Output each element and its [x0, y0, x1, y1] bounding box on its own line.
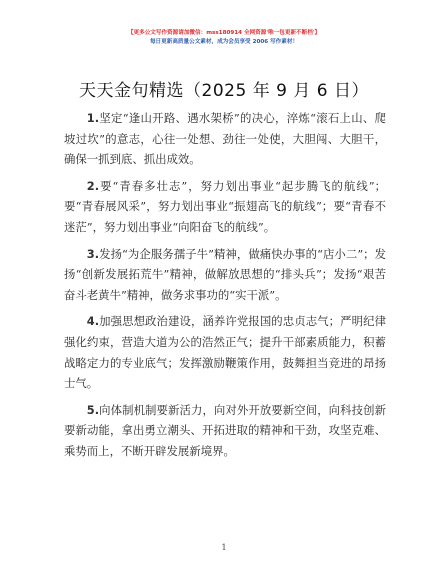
paragraph-5: 5.向体制机制要新活力，向对外开放要新空间，向科技创新要新动能，拿出勇立潮头、开… [64, 400, 386, 462]
paragraph-number: 5. [87, 403, 99, 417]
promo-line-wechat: 【更多公文写作资源请加微信：mss180914 全网资源'唯一包更新不断档'】 [0, 29, 448, 38]
paragraph-3: 3.发扬“为企服务孺子牛”精神，做痛快办事的“店小二”；发扬“创新发展拓荒牛”精… [64, 244, 386, 306]
paragraph-number: 2. [87, 179, 99, 193]
paragraph-text: 加强思想政治建设，涵养许党报国的忠贞志气；严明纪律强化约束，营造大道为公的浩然正… [64, 314, 386, 390]
paragraph-text: 发扬“为企服务孺子牛”精神，做痛快办事的“店小二”；发扬“创新发展拓荒牛”精神，… [64, 247, 386, 302]
paragraph-1: 1.坚定“逢山开路、遇水架桥”的决心，淬炼“滚石上山、爬坡过坎”的意志，心往一处… [64, 108, 386, 170]
paragraph-2: 2.要“青春多壮志”，努力划出事业“起步腾飞的航线”；要“青春展风采”，努力划出… [64, 176, 386, 238]
paragraph-text: 要“青春多壮志”，努力划出事业“起步腾飞的航线”；要“青春展风采”，努力划出事业… [64, 179, 386, 234]
paragraph-number: 4. [87, 314, 99, 328]
paragraph-text: 向体制机制要新活力，向对外开放要新空间，向科技创新要新动能，拿出勇立潮头、开拓进… [64, 403, 386, 458]
paragraph-4: 4.加强思想政治建设，涵养许党报国的忠贞志气；严明纪律强化约束，营造大道为公的浩… [64, 311, 386, 393]
promo-line-membership: 每日更新高质量公文素材，成为会员享受 2006 写作素材！ [0, 38, 448, 47]
page-number: 1 [0, 543, 448, 552]
promo-header: 【更多公文写作资源请加微信：mss180914 全网资源'唯一包更新不断档'】 … [0, 29, 448, 47]
paragraph-number: 1. [87, 111, 99, 125]
document-title: 天天金句精选（2025 年 9 月 6 日） [0, 80, 448, 102]
document-body: 1.坚定“逢山开路、遇水架桥”的决心，淬炼“滚石上山、爬坡过坎”的意志，心往一处… [64, 108, 386, 468]
paragraph-number: 3. [87, 247, 99, 261]
paragraph-text: 坚定“逢山开路、遇水架桥”的决心，淬炼“滚石上山、爬坡过坎”的意志，心往一处想、… [64, 111, 386, 166]
